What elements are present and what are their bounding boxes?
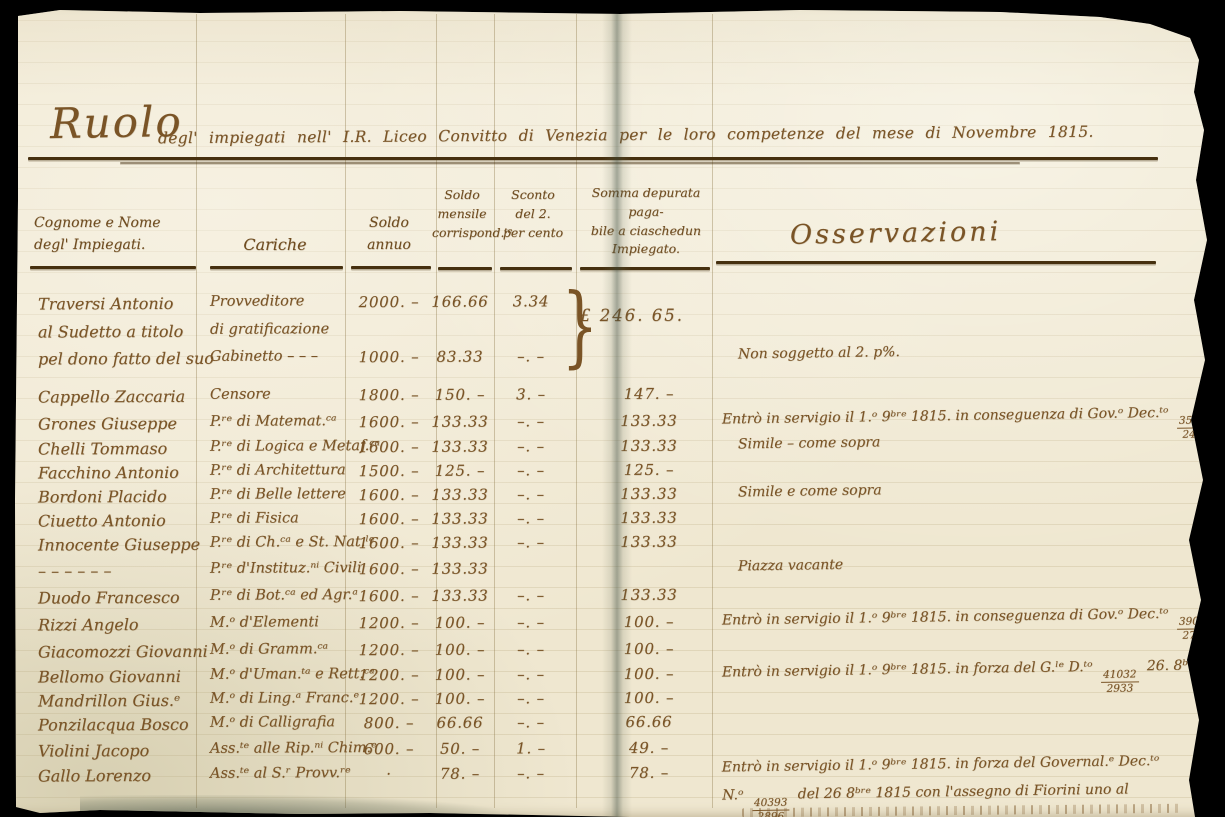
cell-mensile: 100. – — [428, 614, 492, 632]
header-underline-mensile — [438, 267, 492, 270]
column-header-osservazioni: Osservazioni — [790, 216, 1002, 251]
cell-nome: Cappello Zaccaria — [38, 387, 203, 407]
title-underline-echo — [120, 162, 1020, 164]
cell-annuo: 1800. – — [348, 386, 430, 404]
cell-sconto: –. – — [492, 640, 570, 658]
cell-mensile: 133.33 — [428, 534, 492, 552]
cell-cariche: di gratificazione — [210, 321, 350, 338]
column-header-nome: Cognome e Nome degl' Impiegati. — [34, 212, 194, 257]
cell-mensile: 100. – — [428, 666, 492, 684]
cell-sconto: –. – — [492, 437, 570, 455]
header-underline-nome — [30, 266, 196, 269]
cell-annuo: 800. – — [348, 714, 430, 732]
cell-mensile: 50. – — [428, 740, 492, 758]
cell-cariche: P.ʳᵉ di Fisica — [210, 510, 350, 527]
cell-sconto: –. – — [492, 586, 570, 604]
cell-cariche: M.ᵒ di Calligrafia — [210, 714, 350, 731]
cell-somma: 133.33 — [596, 586, 702, 604]
cell-cariche: P.ʳᵉ di Belle lettere — [210, 486, 350, 503]
cell-somma: 66.66 — [596, 713, 702, 731]
cell-somma: 133.33 — [596, 437, 702, 455]
cell-sconto: –. – — [492, 347, 570, 365]
manuscript-scan: Ruolo degl' impiegati nell' I.R. Liceo C… — [0, 0, 1225, 817]
cell-osservazioni: Non soggetto al 2. p%. — [738, 344, 900, 362]
cell-annuo: 1600. – — [348, 534, 430, 552]
cell-sconto: 1. – — [492, 739, 570, 757]
cell-annuo: 1600. – — [348, 560, 430, 578]
cell-annuo: 1600. – — [348, 413, 430, 431]
cell-annuo: 1600. – — [348, 510, 430, 528]
header-underline-somma — [580, 267, 710, 270]
cell-somma: 78. – — [596, 764, 702, 782]
cell-somma: 133.33 — [596, 412, 702, 430]
cell-somma: 133.33 — [596, 509, 702, 527]
cell-cariche: P.ʳᵉ di Matemat.ᶜᵃ — [210, 413, 350, 430]
cell-mensile: 83.33 — [428, 348, 492, 366]
cell-annuo: 1200. – — [348, 641, 430, 659]
cell-cariche: P.ʳᵉ d'Instituz.ⁿⁱ Civili — [210, 560, 350, 577]
table-row: Innocente GiuseppeP.ʳᵉ di Ch.ᶜᵃ e St. Na… — [0, 530, 1225, 559]
cell-cariche: Gabinetto – – – — [210, 348, 350, 365]
cell-mensile: 133.33 — [428, 560, 492, 578]
cell-nome: al Sudetto a titolo — [38, 322, 203, 342]
cell-nome: Bordoni Placido — [38, 487, 203, 507]
cell-sconto: –. – — [492, 533, 570, 551]
cell-annuo: 1600. – — [348, 438, 430, 456]
cell-mensile: 166.66 — [428, 293, 492, 311]
cell-mensile: 133.33 — [428, 438, 492, 456]
cell-cariche: Provveditore — [210, 293, 350, 310]
cell-annuo: 1000. – — [348, 348, 430, 366]
table-row: Gallo LorenzoAss.ᵗᵉ al S.ʳ Provv.ʳᵉ·78. … — [0, 761, 1225, 790]
header-underline-osservazioni — [716, 261, 1156, 264]
cell-cariche: P.ʳᵉ di Bot.ᶜᵃ ed Agr.ᵃ — [210, 587, 350, 604]
cell-somma: 133.33 — [596, 533, 702, 551]
header-underline-sconto — [500, 267, 572, 270]
cell-sconto: 3.34 — [492, 292, 570, 310]
table-row: Traversi AntonioProvveditore2000. –166.6… — [0, 289, 1225, 318]
table-row: pel dono fatto del suoGabinetto – – –100… — [0, 344, 1225, 373]
cell-nome: Facchino Antonio — [38, 463, 203, 483]
table-row: al Sudetto a titolodi gratificazione — [0, 317, 1225, 346]
cell-annuo: · — [348, 765, 430, 783]
table-row: Rizzi AngeloM.ᵒ d'Elementi1200. –100. ––… — [0, 610, 1225, 639]
cell-nome: Ponzilacqua Bosco — [38, 715, 203, 735]
cell-cariche: P.ʳᵉ di Logica e Metaf.ᶜᵃ — [210, 438, 350, 455]
cell-annuo: 1200. – — [348, 666, 430, 684]
cell-somma: 100. – — [596, 640, 702, 658]
cell-annuo: 600. – — [348, 740, 430, 758]
cell-somma: 133.33 — [596, 485, 702, 503]
cell-somma: 100. – — [596, 613, 702, 631]
cell-sconto: –. – — [492, 485, 570, 503]
cell-mensile: 78. – — [428, 765, 492, 783]
cell-sconto: –. – — [492, 613, 570, 631]
cell-cariche: M.ᵒ di Gramm.ᶜᵃ — [210, 641, 350, 658]
cell-sconto: –. – — [492, 689, 570, 707]
cell-mensile: 100. – — [428, 641, 492, 659]
cell-nome: Chelli Tommaso — [38, 439, 203, 459]
cell-somma: 49. – — [596, 739, 702, 757]
cell-cariche: Ass.ᵗᵉ al S.ʳ Provv.ʳᵉ — [210, 765, 350, 782]
cell-nome: Giacomozzi Giovanni — [38, 642, 203, 662]
cell-mensile: 133.33 — [428, 587, 492, 605]
cell-osservazioni: Piazza vacante — [738, 557, 843, 575]
cell-nome: Traversi Antonio — [38, 294, 203, 314]
cell-cariche: M.ᵒ d'Uman.ᵗᵃ e Rett.ᶜᵃ — [210, 666, 350, 683]
cell-annuo: 1500. – — [348, 462, 430, 480]
cell-mensile: 133.33 — [428, 510, 492, 528]
cell-nome: Innocente Giuseppe — [38, 535, 203, 555]
cell-cariche: Censore — [210, 386, 350, 403]
cell-sconto: –. – — [492, 713, 570, 731]
cell-mensile: 100. – — [428, 690, 492, 708]
cell-sconto: –. – — [492, 509, 570, 527]
header-underline-annuo — [351, 266, 431, 269]
cell-somma: 125. – — [596, 461, 702, 479]
cell-nome: Ciuetto Antonio — [38, 511, 203, 531]
cell-cariche: P.ʳᵉ di Ch.ᶜᵃ e St. Nat.ˡᵉ — [210, 534, 350, 551]
cell-somma: 147. – — [596, 385, 702, 403]
cell-sconto: –. – — [492, 665, 570, 683]
cell-sconto: –. – — [492, 412, 570, 430]
cell-annuo: 2000. – — [348, 293, 430, 311]
cell-mensile: 150. – — [428, 386, 492, 404]
cell-nome: pel dono fatto del suo — [38, 349, 203, 369]
cell-osservazioni: Simile – come sopra — [738, 434, 881, 452]
cell-nome: – – – – – – — [38, 561, 203, 581]
column-header-somma: Somma depurata paga- bile a ciaschedun I… — [578, 184, 714, 259]
column-header-cariche: Cariche — [210, 232, 340, 258]
cell-nome: Mandrillon Gius.ᵉ — [38, 691, 203, 711]
cell-nome: Bellomo Giovanni — [38, 667, 203, 687]
cell-nome: Duodo Francesco — [38, 588, 203, 608]
column-header-sconto: Sconto del 2. per cento — [494, 186, 572, 242]
cell-cariche: M.ᵒ d'Elementi — [210, 614, 350, 631]
cell-annuo: 1200. – — [348, 690, 430, 708]
cell-nome: Violini Jacopo — [38, 741, 203, 761]
cell-osservazioni: Simile e come sopra — [738, 482, 882, 500]
bottom-edge-smudge — [80, 795, 500, 817]
cell-nome: Gallo Lorenzo — [38, 766, 203, 786]
cell-somma: 100. – — [596, 689, 702, 707]
cell-cariche: Ass.ᵗᵉ alle Rip.ⁿⁱ Chim.ᵉ — [210, 740, 350, 757]
cell-annuo: 1200. – — [348, 614, 430, 632]
paper-sheet: Ruolo degl' impiegati nell' I.R. Liceo C… — [0, 0, 1225, 817]
cell-cariche: M.ᵒ di Ling.ᵃ Franc.ᵉ — [210, 690, 350, 707]
cell-sconto: –. – — [492, 461, 570, 479]
cell-somma: 100. – — [596, 665, 702, 683]
cell-annuo: 1600. – — [348, 486, 430, 504]
cell-sconto: –. – — [492, 764, 570, 782]
title-underline — [28, 157, 1158, 160]
table-row: – – – – – –P.ʳᵉ d'Instituz.ⁿⁱ Civili1600… — [0, 556, 1225, 585]
cell-mensile: 125. – — [428, 462, 492, 480]
cell-mensile: 66.66 — [428, 714, 492, 732]
cell-sconto: 3. – — [492, 385, 570, 403]
cell-nome: Rizzi Angelo — [38, 615, 203, 635]
header-underline-cariche — [210, 266, 343, 269]
column-header-mensile: Soldo mensile corrispond.ᵗᵉ — [432, 186, 492, 242]
page-title-text: degl' impiegati nell' I.R. Liceo Convitt… — [158, 123, 1094, 148]
table-row: Ponzilacqua BoscoM.ᵒ di Calligrafia800. … — [0, 710, 1225, 739]
cell-mensile: 133.33 — [428, 413, 492, 431]
cell-nome: Grones Giuseppe — [38, 414, 203, 434]
cell-cariche: P.ʳᵉ di Architettura — [210, 462, 350, 479]
cell-mensile: 133.33 — [428, 486, 492, 504]
cell-annuo: 1600. – — [348, 587, 430, 605]
column-header-annuo: Soldo annuo — [348, 212, 430, 257]
